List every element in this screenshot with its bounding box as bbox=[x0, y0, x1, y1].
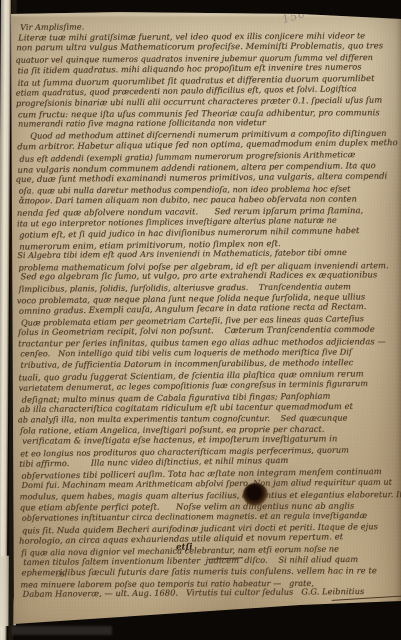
interlinear-insertion: etſi bbox=[176, 542, 193, 552]
letter-text-block: Vir Amplisſime.Literæ tuæ mihi gratiſsim… bbox=[0, 0, 401, 640]
manuscript-paper: 156 Vir Amplisſime.Literæ tuæ mihi grati… bbox=[0, 0, 401, 640]
bottom-edge-sliver bbox=[12, 626, 112, 635]
photo-background: { "manuscript": { "folio_number": "156",… bbox=[0, 0, 401, 640]
manuscript-line: Si Algebra tibi idem eſt quod Ars inveni… bbox=[17, 247, 347, 260]
manuscript-line: que, duæ ſunt methodi examinandi numeros… bbox=[16, 171, 388, 185]
salutation-line: Vir Amplisſime. bbox=[20, 21, 84, 32]
underline-flourish-mark bbox=[332, 595, 401, 601]
manuscript-line: Sed ego algebram ſic ſumo, ut vulgo, pro… bbox=[20, 270, 377, 282]
interlinear-insertion: tibi bbox=[55, 571, 67, 579]
date-signature-line: Dabam Hanoveræ, — ult. Aug. 1680. Virtut… bbox=[22, 586, 364, 599]
manuscript-line: non parum ultra vulgus Mathematicorum pr… bbox=[16, 40, 383, 52]
manuscript-line: ephemeridibus ſæculi futuris dare ſatis … bbox=[21, 565, 377, 577]
manuscript-line: ἄπορον. Dari tamen aliquam non dubito, n… bbox=[19, 193, 357, 205]
manuscript-line: progreſsionis binariæ ubi nulli alii occ… bbox=[16, 94, 382, 108]
manuscript-line: numerandi ratio ſive magna ratione ſolli… bbox=[18, 117, 266, 128]
ink-seal-blot bbox=[243, 483, 268, 506]
manuscript-photo: 156 Vir Amplisſime.Literæ tuæ mihi grati… bbox=[0, 0, 401, 640]
manuscript-line: ſolus in Geometriam recipit, ſolvi non p… bbox=[18, 324, 375, 337]
